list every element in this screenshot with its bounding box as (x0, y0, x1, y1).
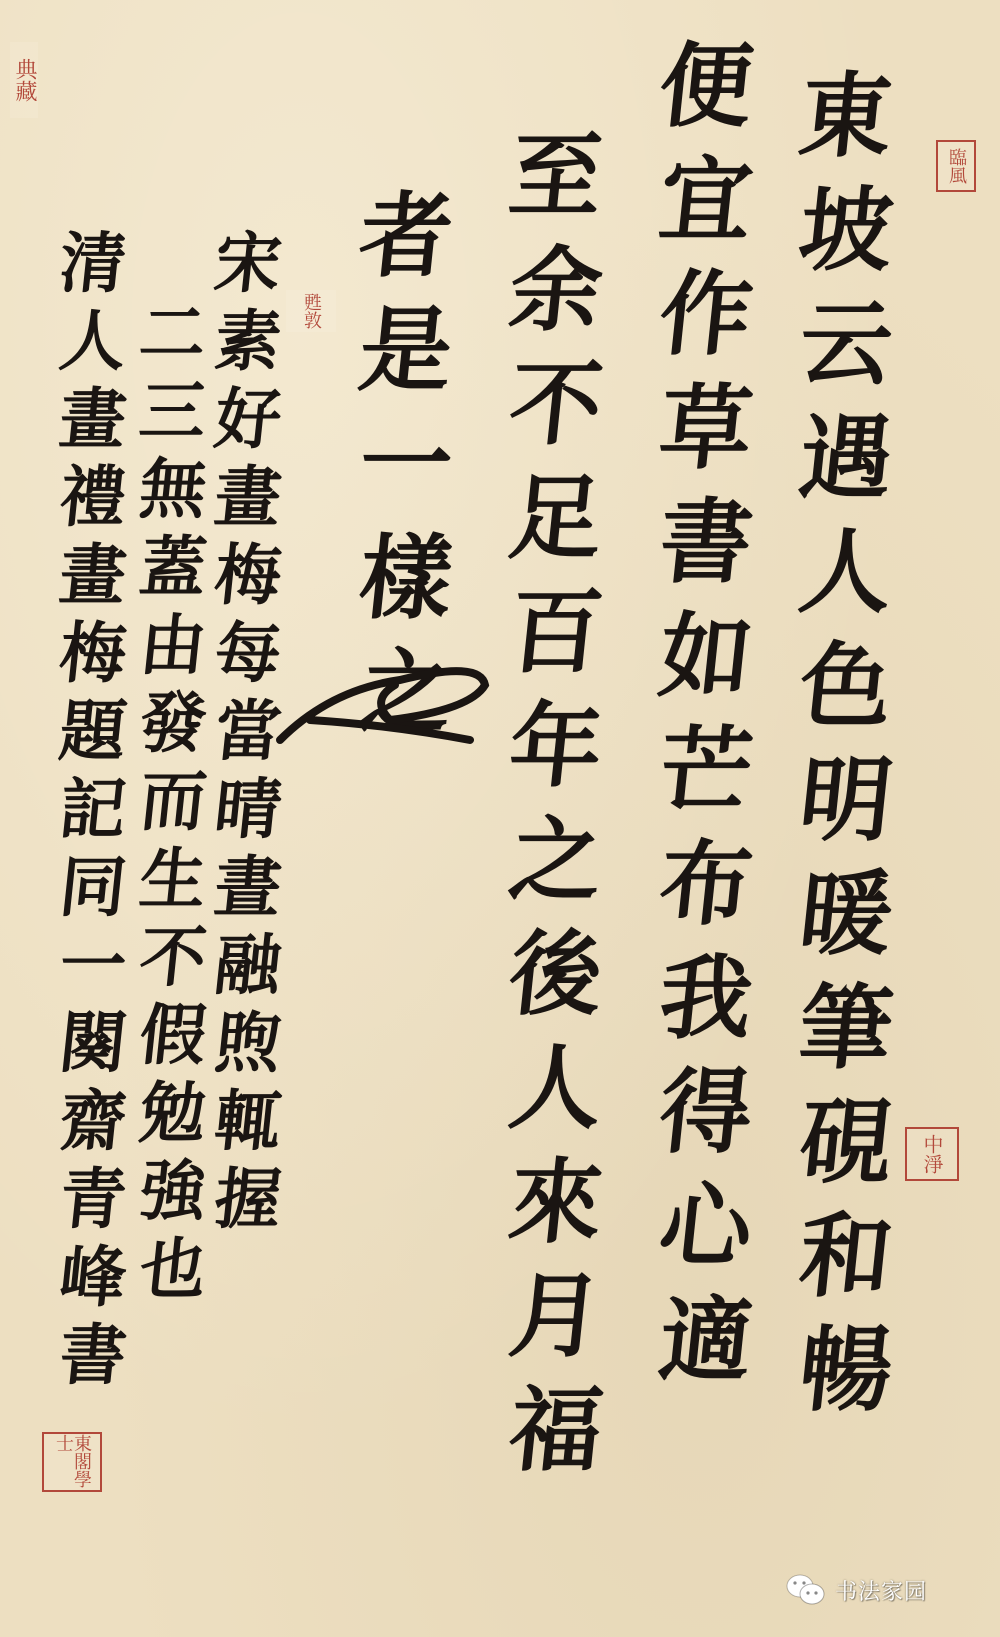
char: 作 (655, 268, 757, 360)
char: 我 (655, 952, 757, 1044)
char: 明 (795, 754, 897, 846)
char: 書 (655, 496, 757, 588)
char: 來 (505, 1156, 607, 1248)
seal-text: 東閣學士 (54, 1434, 90, 1490)
char: 布 (655, 838, 757, 930)
char: 坡 (795, 184, 897, 276)
char: 色 (795, 640, 897, 732)
seal-text: 中淨 (922, 1134, 942, 1174)
seal-middle-right: 中淨 (905, 1127, 959, 1181)
char: 由 (137, 612, 210, 678)
seal-text: 典藏 (13, 58, 35, 102)
char: 草 (655, 382, 757, 474)
char: 者 (355, 190, 457, 282)
char: 心 (655, 1180, 757, 1272)
char: 輒 (212, 1088, 285, 1154)
seal-top-left: 典藏 (10, 42, 38, 118)
char: 東 (795, 70, 897, 162)
char: 遇 (795, 412, 897, 504)
flourish-stroke (270, 640, 500, 750)
char: 生 (137, 846, 210, 912)
char: 發 (137, 690, 210, 756)
char: 和 (795, 1210, 897, 1302)
char: 每 (212, 620, 285, 686)
char: 同 (57, 854, 130, 920)
char: 畫 (212, 464, 285, 530)
char: 云 (795, 298, 897, 390)
char: 足 (505, 472, 607, 564)
char: 題 (57, 698, 130, 764)
seal-middle: 甦敦 (286, 290, 336, 332)
char: 書 (57, 1322, 130, 1388)
char: 勉 (137, 1080, 210, 1146)
char: 後 (505, 928, 607, 1020)
seal-top-right: 臨風 (936, 140, 976, 192)
calligraphy-column-7: 清 人 畫 禮 畫 梅 題 記 同 一 闋 齋 青 峰 書 (60, 230, 126, 1400)
char: 握 (212, 1166, 285, 1232)
seal-text: 甦敦 (302, 293, 320, 329)
char: 人 (795, 526, 897, 618)
calligraphy-column-6: 二 三 無 蓋 由 發 而 生 不 假 勉 強 也 (140, 300, 206, 1314)
char: 一 (57, 932, 130, 998)
char: 也 (137, 1236, 210, 1302)
char: 素 (212, 308, 285, 374)
char: 是 (355, 304, 457, 396)
char: 假 (137, 1002, 210, 1068)
calligraphy-column-1: 東 坡 云 遇 人 色 明 暖 筆 硯 和 暢 (800, 70, 892, 1438)
char: 便 (655, 40, 757, 132)
char: 峰 (57, 1244, 130, 1310)
watermark-label: 书法家园 (835, 1575, 927, 1606)
char: 三 (137, 378, 210, 444)
char: 晝 (212, 854, 285, 920)
char: 人 (505, 1042, 607, 1134)
seal-text: 臨風 (947, 148, 965, 184)
char: 齋 (57, 1088, 130, 1154)
char: 一 (355, 418, 457, 510)
char: 不 (505, 358, 607, 450)
char: 蓋 (137, 534, 210, 600)
char: 樣 (355, 532, 457, 624)
char: 月 (505, 1270, 607, 1362)
char: 之 (505, 814, 607, 906)
char: 福 (505, 1384, 607, 1476)
char: 余 (505, 244, 607, 336)
char: 年 (505, 700, 607, 792)
char: 晴 (212, 776, 285, 842)
char: 人 (57, 308, 130, 374)
char: 梅 (212, 542, 285, 608)
char: 至 (505, 130, 607, 222)
calligraphy-column-2: 便 宜 作 草 書 如 芒 布 我 得 心 適 (660, 40, 752, 1408)
char: 闋 (57, 1010, 130, 1076)
char: 記 (57, 776, 130, 842)
calligraphy-column-3: 至 余 不 足 百 年 之 後 人 來 月 福 (510, 130, 602, 1498)
char: 清 (57, 230, 130, 296)
char: 梅 (57, 620, 130, 686)
calligraphy-column-5: 宋 素 好 畫 梅 每 當 晴 晝 融 煦 輒 握 (215, 230, 281, 1244)
char: 筆 (795, 982, 897, 1074)
char: 畫 (57, 542, 130, 608)
char: 二 (137, 300, 210, 366)
char: 宋 (212, 230, 285, 296)
char: 百 (505, 586, 607, 678)
char: 適 (655, 1294, 757, 1386)
char: 不 (137, 924, 210, 990)
watermark: 书法家园 (785, 1573, 927, 1607)
char: 如 (655, 610, 757, 702)
char: 芒 (655, 724, 757, 816)
char: 好 (212, 386, 285, 452)
wechat-icon (785, 1573, 827, 1607)
char: 煦 (212, 1010, 285, 1076)
char: 暢 (795, 1324, 897, 1416)
char: 硯 (795, 1096, 897, 1188)
char: 宜 (655, 154, 757, 246)
char: 而 (137, 768, 210, 834)
char: 畫 (57, 386, 130, 452)
char: 青 (57, 1166, 130, 1232)
char: 融 (212, 932, 285, 998)
seal-bottom-left: 東閣學士 (42, 1432, 102, 1492)
char: 禮 (57, 464, 130, 530)
char: 當 (212, 698, 285, 764)
char: 強 (137, 1158, 210, 1224)
char: 無 (137, 456, 210, 522)
char: 得 (655, 1066, 757, 1158)
char: 暖 (795, 868, 897, 960)
calligraphy-paper: 東 坡 云 遇 人 色 明 暖 筆 硯 和 暢 便 宜 作 草 書 如 芒 布 … (0, 0, 1000, 1637)
